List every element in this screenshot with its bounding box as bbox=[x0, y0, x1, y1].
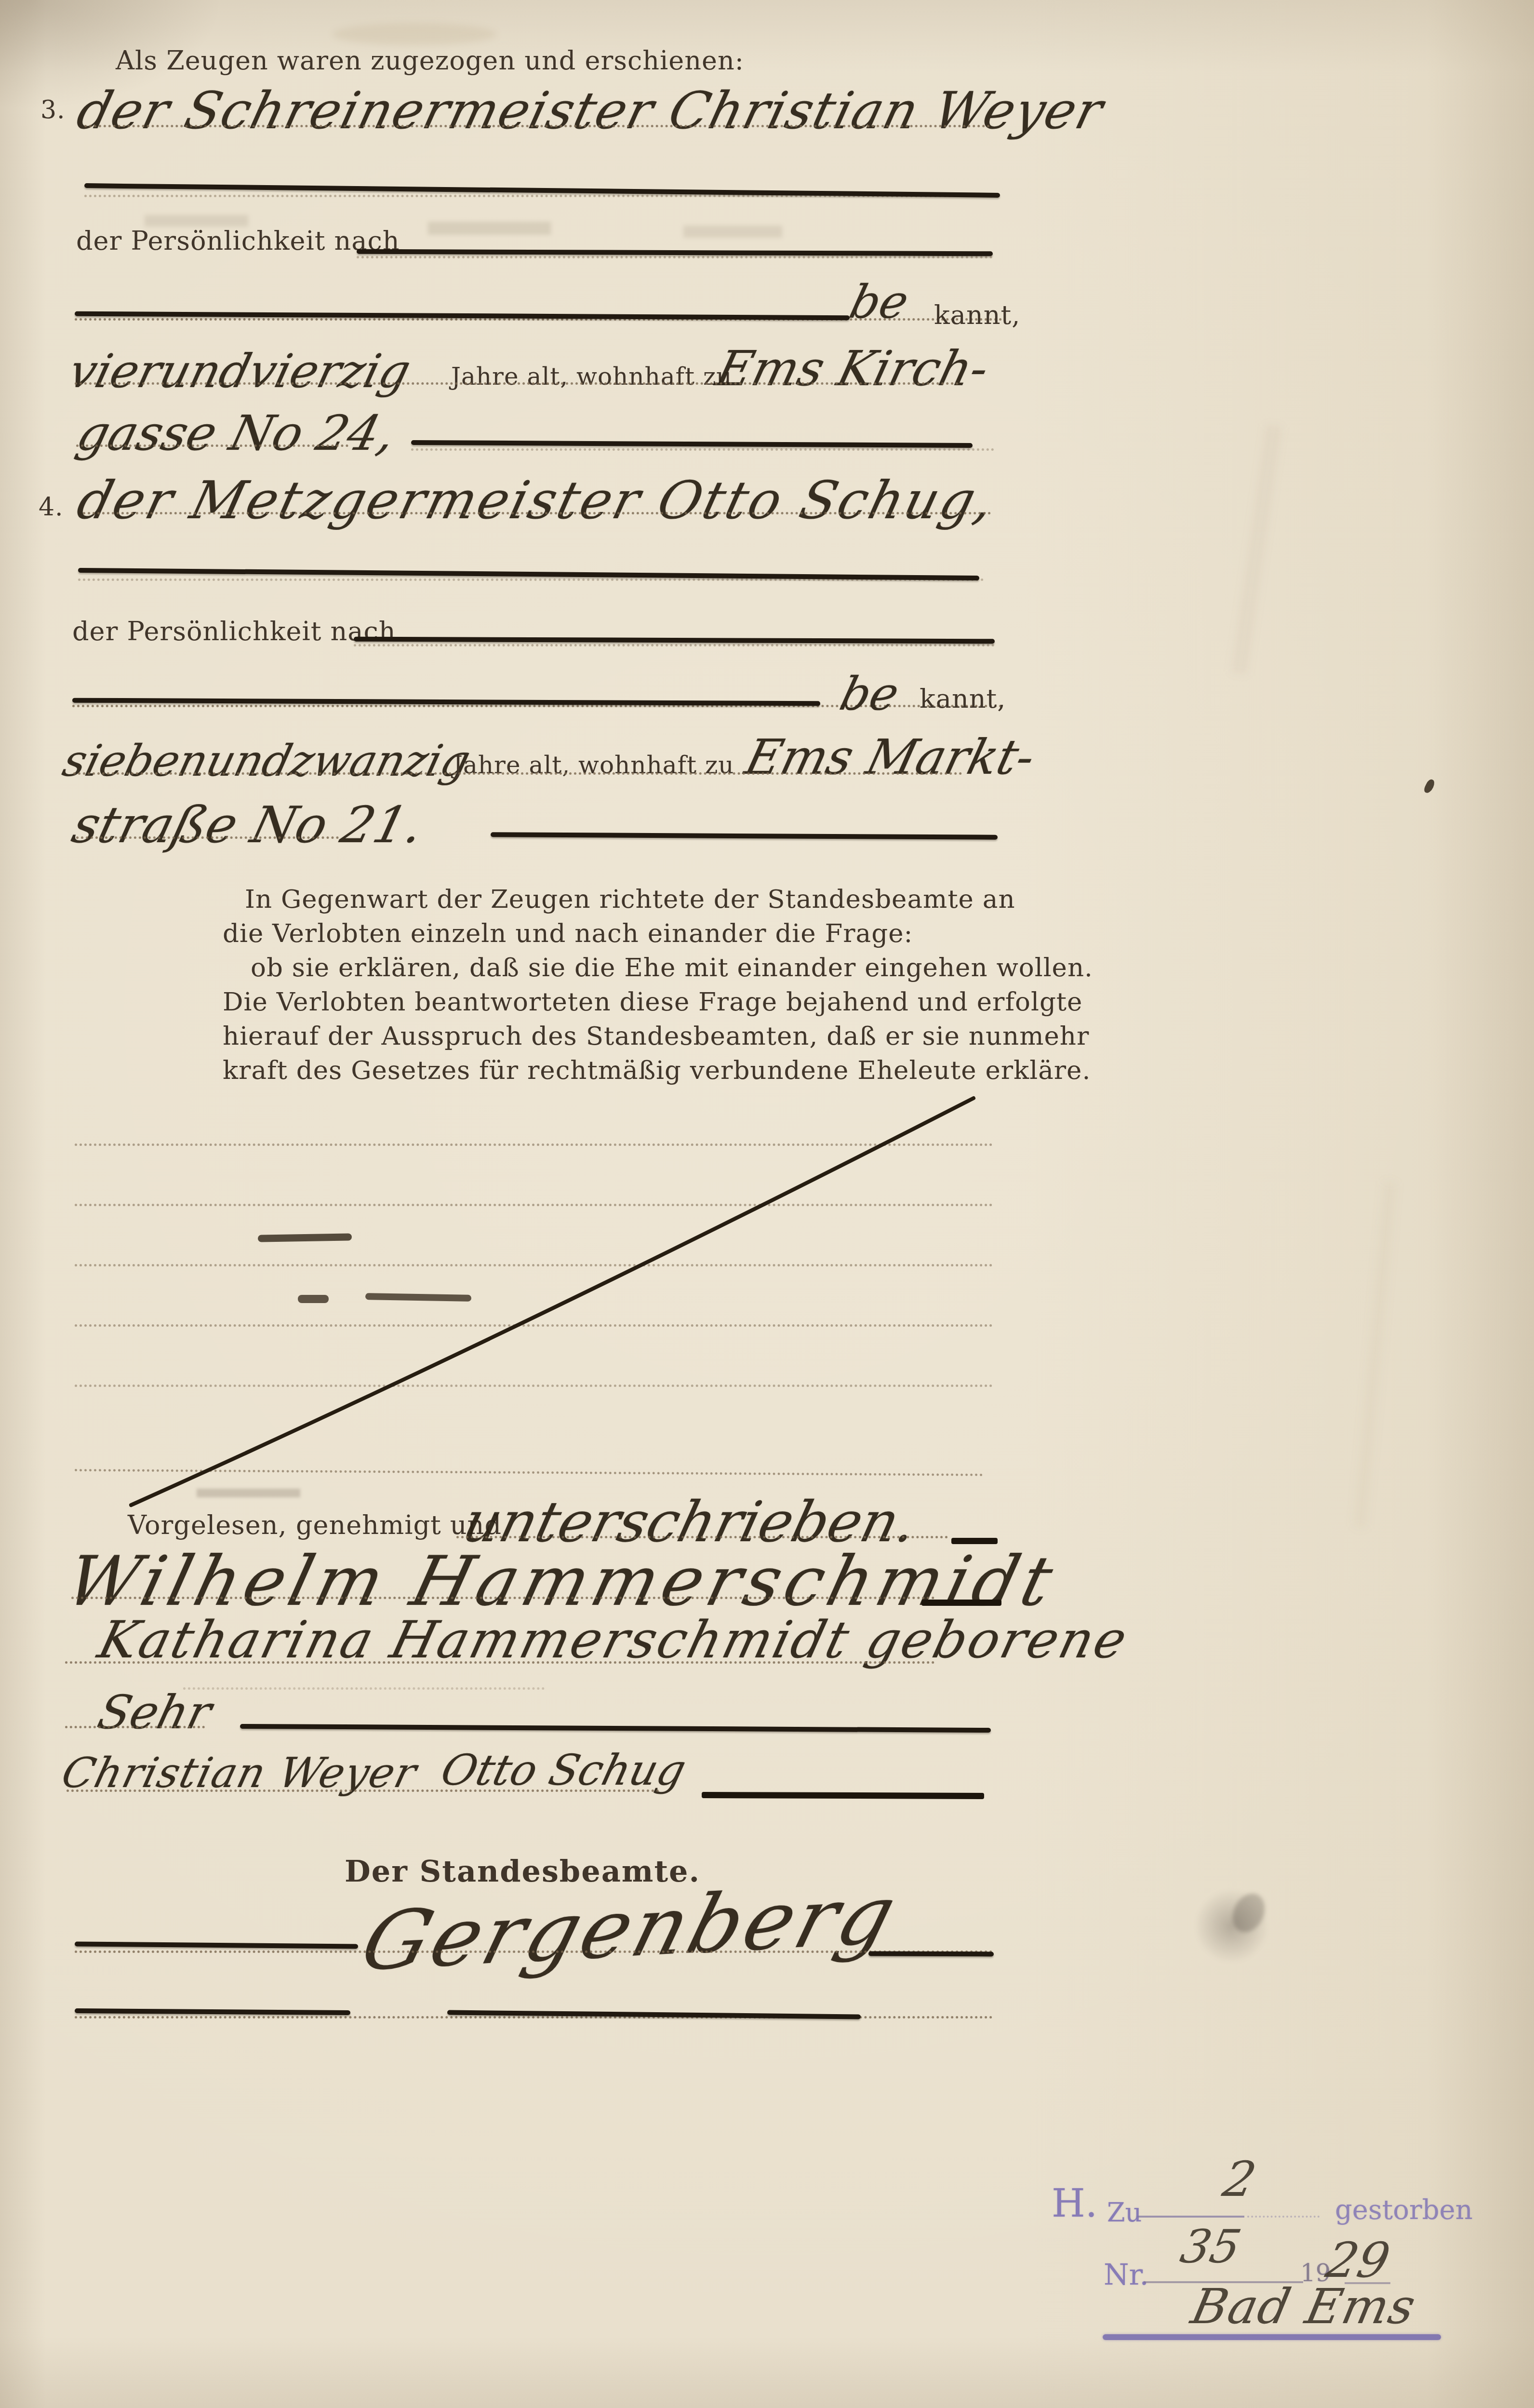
ruled-line bbox=[75, 1951, 993, 1953]
signature-witness2: Otto Schug bbox=[436, 1745, 691, 1795]
strike-line bbox=[411, 440, 973, 448]
strike-line bbox=[240, 1724, 991, 1733]
signature-bride-line2: Sehr bbox=[93, 1685, 217, 1739]
witness-section-intro: Als Zeugen waren zugezogen und erschiene… bbox=[116, 45, 744, 76]
witness3-age-printed: Jahre alt, wohnhaft zu bbox=[451, 363, 732, 390]
bleed-mark-4 bbox=[197, 1489, 300, 1497]
declaration-line: Die Verlobten beantworteten diese Frage … bbox=[223, 985, 1023, 1019]
ruled-line bbox=[75, 1143, 993, 1146]
ink-dash-3 bbox=[365, 1293, 471, 1302]
witness4-known-printed: kannt, bbox=[920, 684, 1006, 714]
paper-stain-top bbox=[333, 23, 496, 45]
stamp-zu-label: Zu bbox=[1107, 2197, 1142, 2228]
ruled-line bbox=[76, 444, 348, 447]
bleed-mark-1 bbox=[145, 215, 248, 227]
ink-dash-2 bbox=[298, 1295, 329, 1303]
witness4-number: 4. bbox=[39, 493, 64, 522]
stamp-underline bbox=[1103, 2334, 1441, 2340]
paper-right-tint bbox=[1022, 0, 1534, 2408]
ruled-line bbox=[75, 382, 959, 385]
witness3-residence-continuation: gasse No 24, bbox=[71, 405, 401, 461]
ruled-line bbox=[83, 512, 991, 514]
ruled-line bbox=[75, 1385, 993, 1387]
ruled-line bbox=[75, 1264, 993, 1266]
witness4-identity-label: der Persönlichkeit nach bbox=[72, 616, 396, 646]
witness4-age-printed: Jahre alt, wohnhaft zu bbox=[453, 751, 734, 779]
line-end-dash bbox=[921, 1600, 1001, 1606]
ruled-line bbox=[411, 448, 994, 451]
declaration-line: kraft des Gesetzes für rechtmäßig verbun… bbox=[223, 1053, 1023, 1088]
witness3-entry-handwriting: der Schreinermeister Christian Weyer bbox=[71, 81, 1109, 140]
strike-line bbox=[75, 2008, 350, 2015]
stamp-gestorben-label: gestorben bbox=[1335, 2194, 1473, 2226]
stamp-place-handwriting: Bad Ems bbox=[1187, 2278, 1421, 2335]
witness3-age-handwriting: vierundvierzig bbox=[64, 344, 416, 398]
strike-line bbox=[868, 1951, 994, 1957]
ruled-line bbox=[354, 644, 995, 646]
witness4-residence-handwriting: Ems Markt- bbox=[740, 729, 1040, 785]
stamp-nr-value-handwriting: 35 bbox=[1176, 2220, 1245, 2273]
witness3-identity-label: der Persönlichkeit nach bbox=[76, 226, 400, 256]
strike-line bbox=[75, 1941, 358, 1949]
ruled-line bbox=[75, 1324, 993, 1327]
witness3-known-printed: kannt, bbox=[934, 300, 1020, 330]
ruled-line bbox=[76, 836, 339, 839]
signature-bride-line1: Katharina Hammerschmidt geborene bbox=[93, 1610, 1134, 1669]
strike-line bbox=[357, 249, 993, 256]
witness4-known-handwriting: be bbox=[835, 668, 904, 721]
line-end-dash bbox=[702, 1792, 984, 1799]
ruled-line bbox=[75, 1204, 993, 1206]
registry-scan-page: Als Zeugen waren zugezogen und erschiene… bbox=[0, 0, 1534, 2408]
strike-line bbox=[354, 637, 995, 644]
witness3-residence-handwriting: Ems Kirch- bbox=[711, 340, 995, 397]
bleed-mark-3 bbox=[683, 226, 782, 238]
ruled-line bbox=[67, 1789, 659, 1792]
witness4-residence-continuation: straße No 21. bbox=[67, 795, 429, 854]
stamp-zu-line-faint bbox=[1247, 2216, 1320, 2218]
ruled-line bbox=[183, 1687, 545, 1690]
witness4-entry-handwriting: der Metzgermeister Otto Schug, bbox=[71, 471, 1002, 531]
stamp-zu-line bbox=[1137, 2216, 1244, 2218]
stamp-h-label: H. bbox=[1052, 2181, 1097, 2226]
stamp-nr-label: Nr. bbox=[1104, 2258, 1149, 2292]
ruled-line bbox=[357, 256, 993, 258]
strike-line bbox=[491, 832, 998, 840]
ruled-line bbox=[456, 1536, 948, 1538]
declaration-paragraph: In Gegenwart der Zeugen richtete der Sta… bbox=[223, 882, 1023, 1088]
ruled-line bbox=[75, 1469, 983, 1476]
ruled-line bbox=[84, 125, 990, 127]
declaration-line: In Gegenwart der Zeugen richtete der Sta… bbox=[223, 882, 1023, 916]
closing-printed: Vorgelesen, genehmigt und bbox=[128, 1510, 502, 1540]
ink-dash-1 bbox=[258, 1233, 352, 1242]
signature-groom: Wilhelm Hammerschmidt bbox=[59, 1542, 1065, 1621]
declaration-line: die Verlobten einzeln und nach einander … bbox=[223, 916, 1023, 951]
witness4-age-handwriting: siebenundzwanzig bbox=[58, 736, 476, 786]
ruled-line bbox=[65, 1661, 935, 1664]
witness3-number: 3. bbox=[40, 95, 66, 124]
ruled-line bbox=[71, 1597, 935, 1599]
declaration-line: hierauf der Ausspruch des Standesbeamten… bbox=[223, 1019, 1023, 1053]
witness3-known-handwriting: be bbox=[844, 276, 914, 329]
ruled-line bbox=[73, 772, 962, 775]
declaration-line: ob sie erklären, daß sie die Ehe mit ein… bbox=[223, 951, 1023, 985]
ruled-line bbox=[65, 1726, 205, 1728]
bleed-mark-2 bbox=[428, 222, 551, 235]
